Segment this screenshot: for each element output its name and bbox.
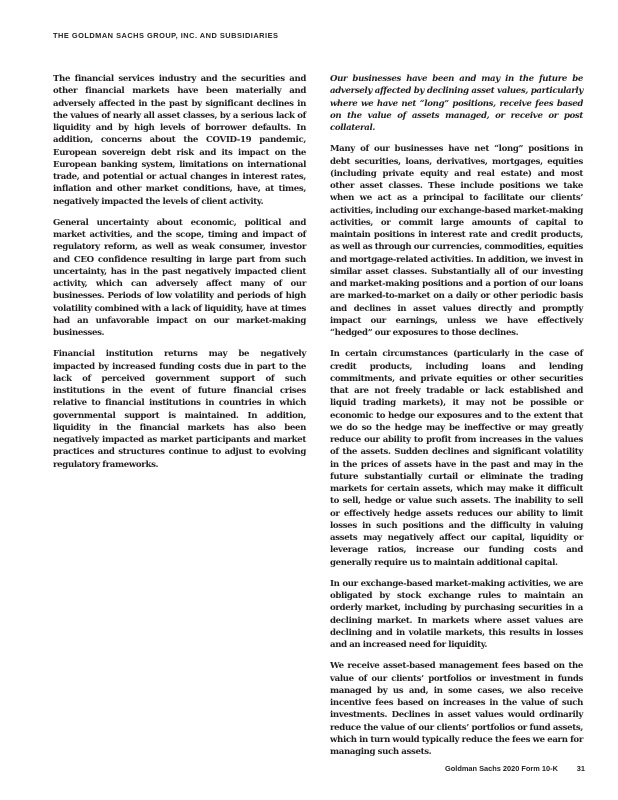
paragraph-general-uncertainty: General uncertainty about economic, poli… xyxy=(53,217,306,340)
paragraph-market-conditions: The financial services industry and the … xyxy=(53,73,306,208)
running-header: The Goldman Sachs Group, Inc. and Subsid… xyxy=(53,31,278,40)
page-number: 31 xyxy=(577,764,585,773)
risk-factor-heading: Our businesses have been and may in the … xyxy=(330,73,583,134)
footer-publication: Goldman Sachs 2020 Form 10-K xyxy=(445,764,558,773)
right-column: Our businesses have been and may in the … xyxy=(330,73,583,767)
left-column: The financial services industry and the … xyxy=(53,73,306,480)
paragraph-asset-management-fees: We receive asset-based management fees b… xyxy=(330,660,583,758)
paragraph-exchange-market-making: In our exchange-based market-making acti… xyxy=(330,578,583,652)
paragraph-long-positions: Many of our businesses have net “long” p… xyxy=(330,143,583,339)
page-footer: Goldman Sachs 2020 Form 10-K 31 xyxy=(445,764,585,773)
paragraph-hedging-limitations: In certain circumstances (particularly i… xyxy=(330,348,583,569)
paragraph-financial-institution-returns: Financial institution returns may be neg… xyxy=(53,348,306,471)
